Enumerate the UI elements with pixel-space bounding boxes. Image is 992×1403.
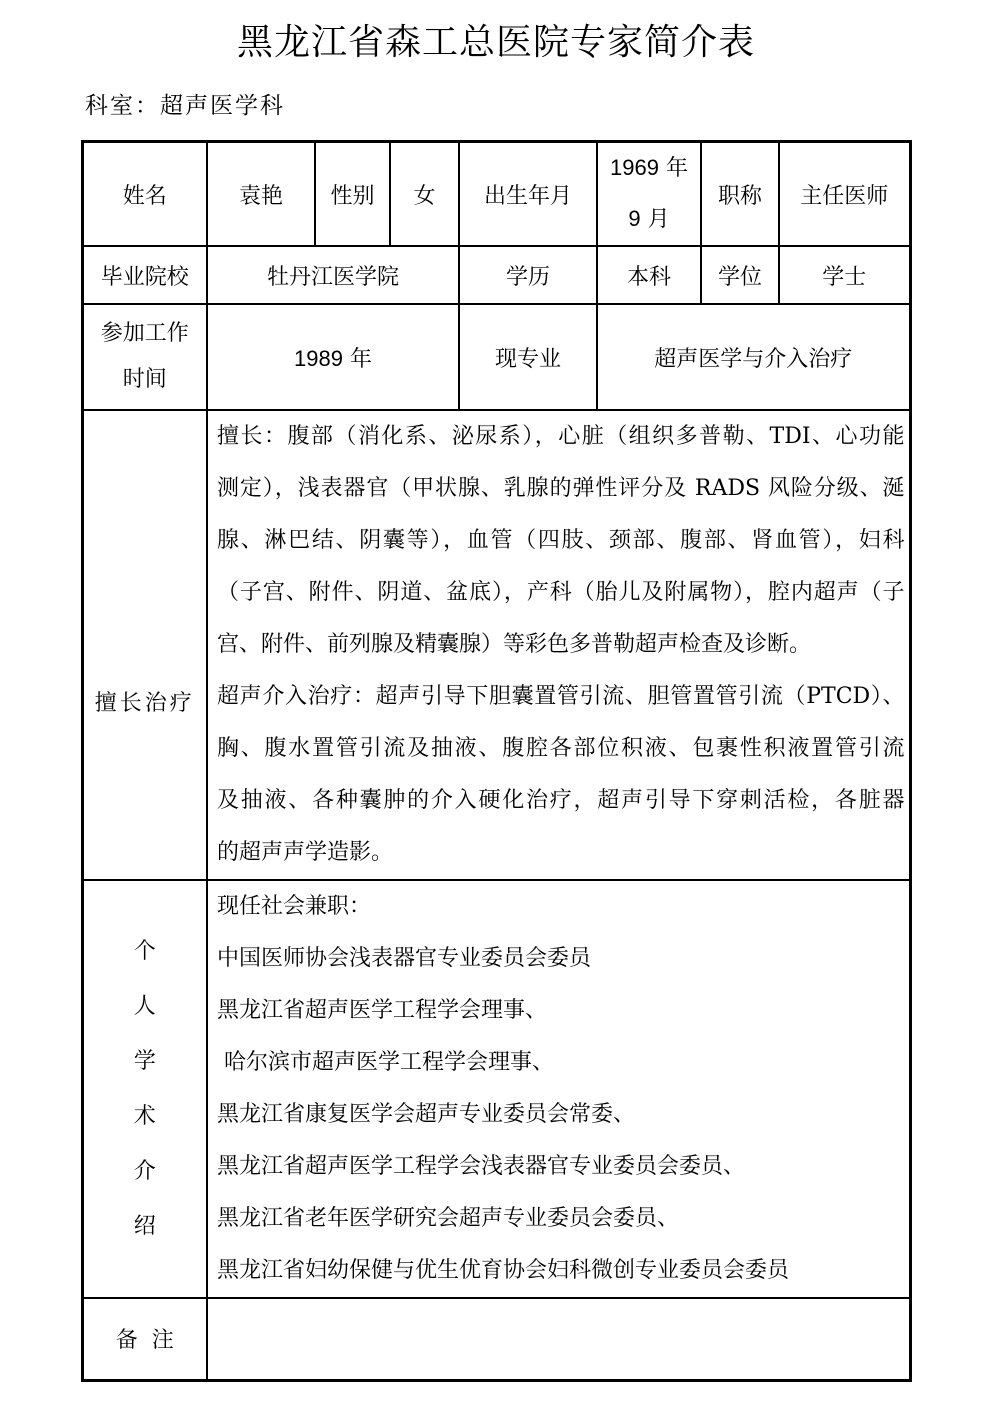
specialty-label: 现专业: [459, 304, 597, 410]
profile-text: 现任社会兼职：中国医师协会浅表器官专业委员会委员黑龙江省超声医学工程学会理事、 …: [207, 880, 910, 1298]
job-title-label: 职称: [701, 142, 779, 247]
row-remarks: 备 注: [82, 1298, 910, 1380]
expertise-line: 测定），浅表器官（甲状腺、乳腺的弹性评分及 RADS 风险分级、涎: [217, 463, 905, 515]
document-page: 黑龙江省森工总医院专家简介表 科室：超声医学科 姓名 袁艳 性别 女 出生年月 …: [0, 0, 992, 1403]
profile-label-char: 人: [134, 996, 156, 1018]
work-start-year-unit: 年: [350, 347, 372, 372]
profile-line: 中国医师协会浅表器官专业委员会委员: [217, 933, 905, 985]
department-line: 科室：超声医学科: [85, 87, 992, 120]
expertise-line: 胸、腹水置管引流及抽液、腹腔各部位积液、包裹性积液置管引流: [217, 723, 905, 775]
row-profile: 个人学术介绍 现任社会兼职：中国医师协会浅表器官专业委员会委员黑龙江省超声医学工…: [82, 880, 910, 1298]
work-start-label-line2: 时间: [84, 357, 207, 403]
profile-label-char: 绍: [134, 1216, 156, 1238]
birth-date-value: 1969 年 9 月: [597, 142, 701, 247]
profile-label-char: 个: [134, 941, 156, 963]
birth-year-unit: 年: [666, 156, 688, 181]
expertise-line: 的超声声学造影。: [217, 827, 905, 879]
school-value: 牡丹江医学院: [207, 246, 459, 304]
profile-line: 现任社会兼职：: [217, 881, 905, 933]
profile-line: 哈尔滨市超声医学工程学会理事、: [217, 1037, 905, 1089]
row-education: 毕业院校 牡丹江医学院 学历 本科 学位 学士: [82, 246, 910, 304]
expertise-line: 及抽液、各种囊肿的介入硬化治疗，超声引导下穿刺活检，各脏器: [217, 775, 905, 827]
profile-label-stack: 个人学术介绍: [84, 941, 207, 1238]
profile-label-char: 介: [134, 1161, 156, 1183]
gender-label: 性别: [315, 142, 390, 247]
profile-label: 个人学术介绍: [82, 880, 207, 1298]
degree-label: 学位: [701, 246, 779, 304]
birth-month-unit: 月: [648, 207, 670, 232]
page-title: 黑龙江省森工总医院专家简介表: [0, 0, 992, 64]
work-start-label-line1: 参加工作: [84, 311, 207, 357]
expertise-line: 宫、附件、前列腺及精囊腺）等彩色多普勒超声检查及诊断。: [217, 619, 905, 671]
birth-year-number: 1969: [610, 155, 659, 180]
school-label: 毕业院校: [82, 246, 207, 304]
profile-line: 黑龙江省康复医学会超声专业委员会常委、: [217, 1089, 905, 1141]
row-work: 参加工作 时间 1989 年 现专业 超声医学与介入治疗: [82, 304, 910, 410]
profile-label-char: 术: [134, 1106, 156, 1128]
birth-month-line: 9 月: [598, 194, 700, 245]
profile-line: 黑龙江省妇幼保健与优生优育协会妇科微创专业委员会委员: [217, 1245, 905, 1297]
profile-line: 黑龙江省老年医学研究会超声专业委员会委员、: [217, 1193, 905, 1245]
row-basic-info: 姓名 袁艳 性别 女 出生年月 1969 年 9 月 职称 主任医师: [82, 142, 910, 247]
birth-date-label: 出生年月: [459, 142, 597, 247]
degree-value: 学士: [779, 246, 910, 304]
birth-month-number: 9: [628, 206, 640, 231]
job-title-value: 主任医师: [779, 142, 910, 247]
work-start-label: 参加工作 时间: [82, 304, 207, 410]
work-start-year-number: 1989: [294, 346, 343, 371]
expertise-line: 腺、淋巴结、阴囊等），血管（四肢、颈部、腹部、肾血管），妇科: [217, 515, 905, 567]
remarks-label: 备 注: [82, 1298, 207, 1380]
remarks-value: [207, 1298, 910, 1380]
birth-year-line: 1969 年: [598, 143, 700, 194]
gender-value: 女: [390, 142, 459, 247]
expertise-text: 擅长：腹部（消化系、泌尿系），心脏（组织多普勒、TDI、心功能测定），浅表器官（…: [207, 410, 910, 880]
profile-label-char: 学: [134, 1051, 156, 1073]
expertise-line: 擅长：腹部（消化系、泌尿系），心脏（组织多普勒、TDI、心功能: [217, 411, 905, 463]
expertise-line: （子宫、附件、阴道、盆底），产科（胎儿及附属物），腔内超声（子: [217, 567, 905, 619]
profile-line: 黑龙江省超声医学工程学会理事、: [217, 985, 905, 1037]
profile-line: 黑龙江省超声医学工程学会浅表器官专业委员会委员、: [217, 1141, 905, 1193]
education-label: 学历: [459, 246, 597, 304]
name-value: 袁艳: [207, 142, 315, 247]
name-label: 姓名: [82, 142, 207, 247]
expertise-line: 超声介入治疗：超声引导下胆囊置管引流、胆管置管引流（PTCD）、: [217, 671, 905, 723]
expert-profile-table: 姓名 袁艳 性别 女 出生年月 1969 年 9 月 职称 主任医师 毕业院校 …: [81, 140, 912, 1382]
education-value: 本科: [597, 246, 701, 304]
specialty-value: 超声医学与介入治疗: [597, 304, 910, 410]
work-start-value: 1989 年: [207, 304, 459, 410]
expertise-label: 擅长治疗: [82, 410, 207, 880]
row-expertise: 擅长治疗 擅长：腹部（消化系、泌尿系），心脏（组织多普勒、TDI、心功能测定），…: [82, 410, 910, 880]
